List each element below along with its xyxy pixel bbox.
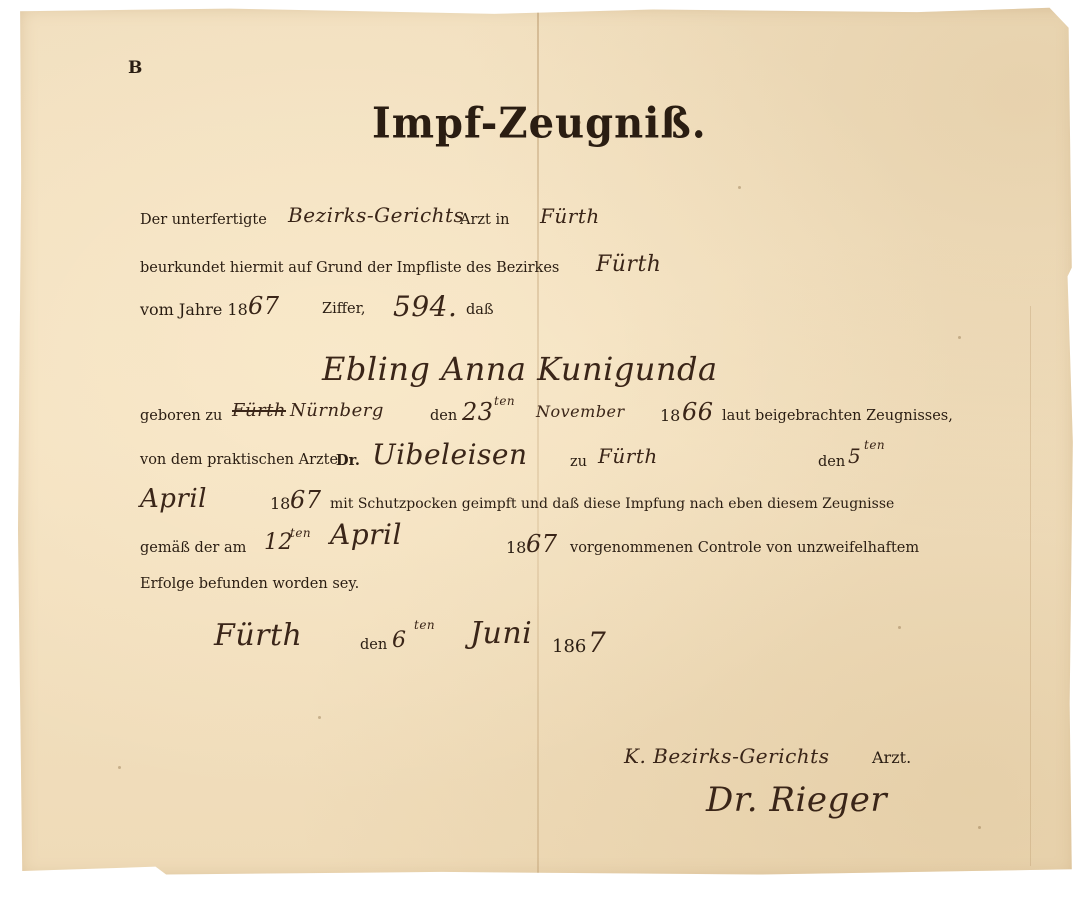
birth-year: 66 (682, 398, 714, 426)
printed-text: geboren zu (140, 408, 222, 424)
issue-month: Juni (470, 616, 532, 651)
vaccination-day-suffix: ten (864, 438, 885, 452)
doctor-name: Uibeleisen (372, 438, 528, 471)
signature-office: K. Bezirks-Gerichts (624, 744, 829, 768)
paper-speck (318, 716, 321, 719)
doctor-place: Fürth (598, 444, 658, 468)
signature-name: Dr. Rieger (706, 780, 887, 820)
printed-text: den (430, 408, 457, 424)
register-number: 594. (393, 290, 457, 323)
printed-text: zu (570, 454, 587, 470)
printed-text: Der unterfertigte (140, 212, 267, 228)
issue-year: 7 (588, 626, 606, 659)
printed-text: 186 (552, 636, 586, 657)
printed-text: Arzt. (872, 748, 911, 767)
printed-text: 18 (506, 538, 526, 557)
handwritten-year: 67 (248, 292, 280, 320)
handwritten-district: Fürth (596, 252, 661, 277)
paper-speck (898, 626, 901, 629)
handwritten-place: Fürth (540, 204, 600, 228)
struck-birthplace: Fürth (232, 400, 286, 421)
printed-text: Dr. (336, 452, 360, 469)
printed-text: daß (466, 302, 494, 318)
control-month: April (330, 518, 402, 551)
paper-speck (958, 336, 961, 339)
control-year: 67 (526, 530, 558, 558)
control-day: 12 (264, 530, 293, 555)
printed-text: laut beigebrachten Zeugnisses, (722, 408, 953, 424)
vaccination-year: 67 (290, 486, 322, 514)
paper-speck (118, 766, 121, 769)
printed-text: Arzt in (460, 212, 509, 228)
control-day-suffix: ten (290, 526, 311, 540)
printed-text: gemäß der am (140, 540, 246, 556)
printed-text: Ziffer, (322, 301, 366, 317)
issue-day-suffix: ten (414, 618, 435, 632)
printed-text: vorgenommenen Controle von unzweifelhaft… (570, 540, 919, 556)
issue-day: 6 (392, 628, 407, 653)
vaccination-day: 5 (848, 444, 861, 468)
edge-crease (1030, 306, 1031, 866)
printed-text: Erfolge befunden worden sey. (140, 576, 359, 592)
printed-text: von dem praktischen Arzte (140, 452, 338, 468)
page-title: Impf-Zeugniß. (372, 99, 707, 148)
printed-text: beurkundet hiermit auf Grund der Impflis… (140, 260, 559, 276)
handwritten-birthplace: Nürnberg (290, 400, 384, 421)
printed-text: den (360, 637, 387, 653)
handwritten-office: Bezirks-Gerichts (288, 203, 464, 227)
printed-text: mit Schutzpocken geimpft und daß diese I… (330, 496, 894, 512)
vaccinated-person-name: Ebling Anna Kunigunda (322, 350, 718, 388)
printed-text: 18 (660, 406, 680, 425)
printed-text: vom Jahre 18 (140, 300, 248, 319)
birth-month: November (536, 402, 625, 421)
birth-day: 23 (462, 398, 494, 426)
printed-text: 18 (270, 494, 290, 513)
issue-place: Fürth (214, 618, 302, 653)
paper-speck (738, 186, 741, 189)
paper-speck (978, 826, 981, 829)
form-letter: B (128, 58, 142, 78)
vaccination-month: April (140, 484, 207, 514)
birth-day-suffix: ten (494, 394, 515, 408)
printed-text: den (818, 454, 845, 470)
